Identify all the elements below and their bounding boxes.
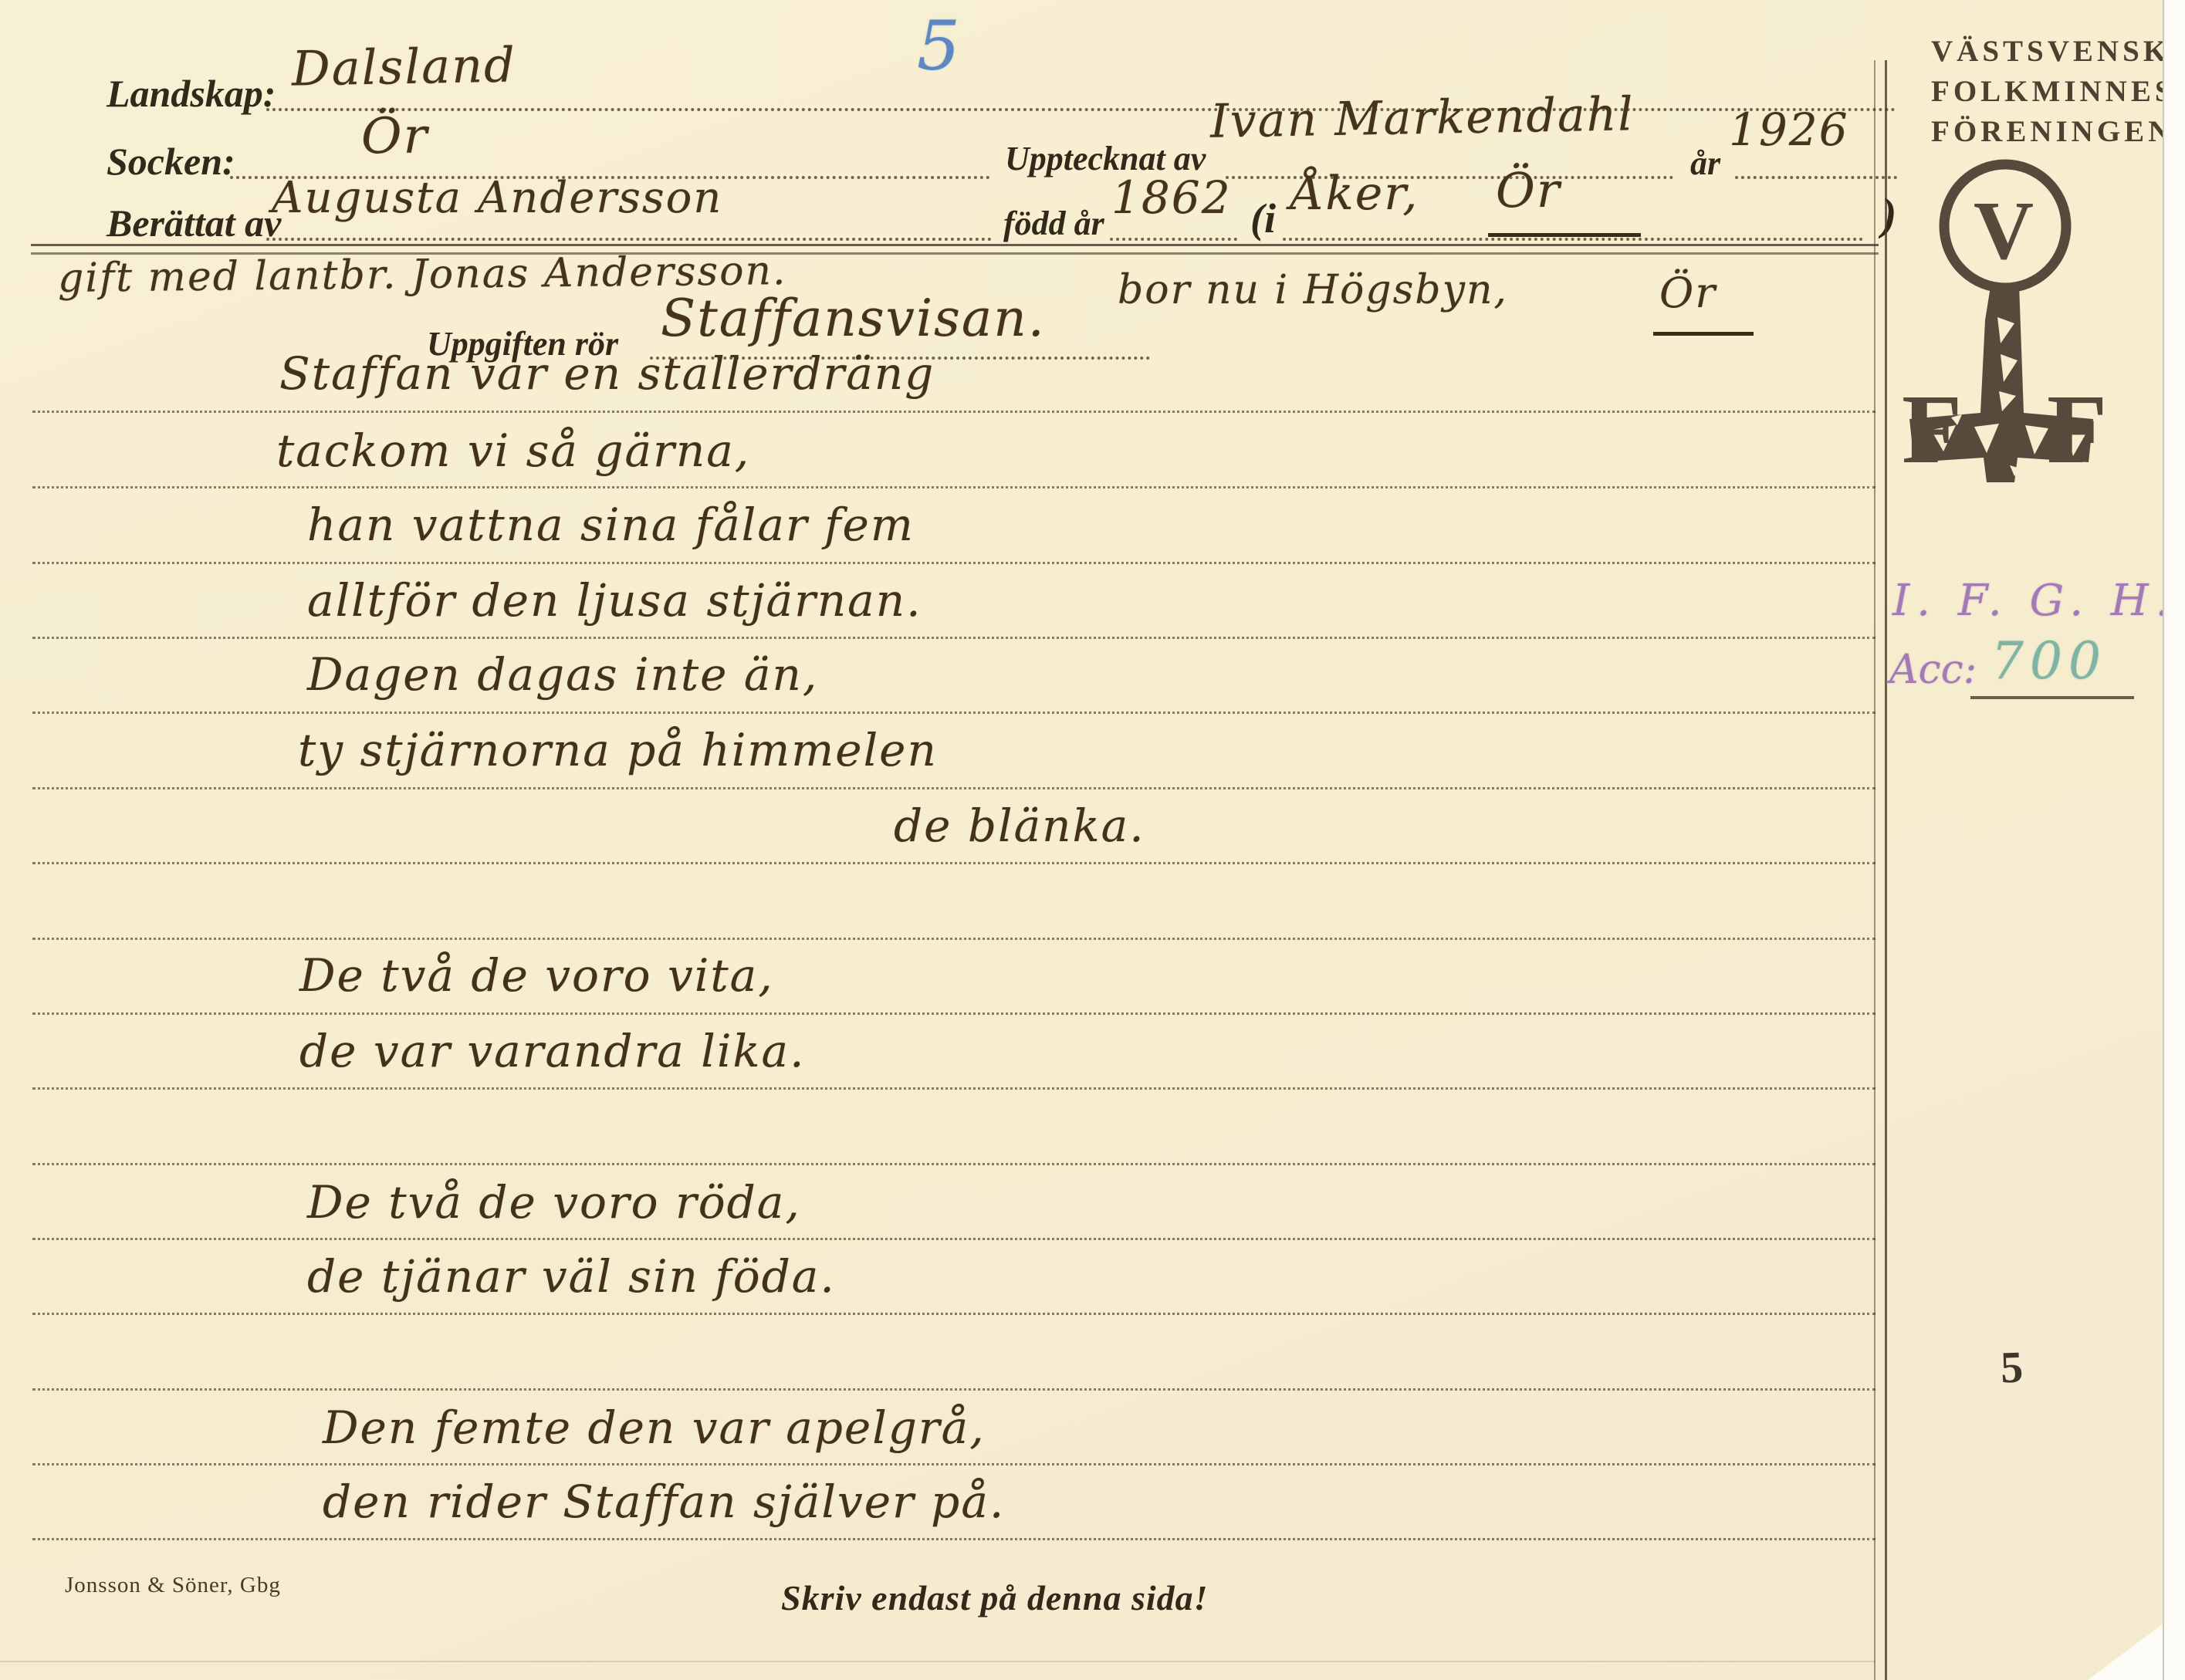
landskap-label: Landskap: — [107, 71, 276, 116]
verse-line: Dagen dagas inte än, — [307, 648, 818, 701]
residence-parish-underline — [1653, 332, 1754, 336]
ruled-line — [32, 1538, 1876, 1540]
dotted-line-ar — [1735, 176, 1897, 179]
landskap-value: Dalsland — [291, 36, 516, 96]
verse-line: De två de voro vita, — [299, 949, 774, 1002]
verse-line: ty stjärnorna på himmelen — [298, 724, 938, 776]
verse-line: tackom vi så gärna, — [276, 424, 750, 477]
verse-line: de blänka. — [894, 799, 1145, 852]
verse-line: Staffan var en stallerdräng — [279, 347, 935, 400]
birthplace-close-paren: ) — [1882, 188, 1896, 240]
socken-label: Socken: — [107, 139, 235, 184]
archival-record-card: 5 Landskap: Socken: Berättat av Uppteckn… — [0, 0, 2185, 1680]
organization-name-line1: VÄSTSVENSKA — [1931, 34, 2185, 69]
ruled-line — [32, 1313, 1876, 1315]
ruled-line — [32, 787, 1876, 789]
residence-note-parish: Ör — [1659, 269, 1717, 317]
fodd-ar-label: född år — [1003, 204, 1104, 243]
socken-value: Ör — [361, 108, 428, 165]
dotted-line-berattat — [266, 238, 992, 241]
double-rule-top — [31, 244, 1879, 246]
blue-pencil-number: 5 — [917, 6, 960, 86]
ruled-line — [32, 637, 1876, 639]
ruled-line — [32, 1163, 1876, 1165]
accession-label: Acc: — [1889, 647, 1977, 693]
organization-name-line3: FÖRENINGEN — [1931, 114, 2173, 149]
ruled-line — [32, 1463, 1876, 1465]
verse-line: Den femte den var apelgrå, — [323, 1401, 986, 1454]
birthplace-parish-value: Ör — [1496, 162, 1561, 218]
upptecknat-av-value: Ivan Markendahl — [1209, 87, 1635, 149]
margin-divider-inner — [1874, 60, 1876, 1680]
paper-right-edge — [2163, 0, 2185, 1680]
organization-name-line2: FOLKMINNES- — [1931, 74, 2185, 109]
uppgiften-ror-value: Staffansvisan. — [661, 289, 1046, 348]
ruled-line — [32, 1388, 1876, 1391]
dotted-line-landskap — [266, 108, 1896, 111]
margin-divider-outer — [1885, 60, 1887, 1680]
verse-line: den rider Staffan själver på. — [323, 1475, 1005, 1528]
birthplace-value: Åker, — [1290, 167, 1419, 221]
paper-bottom-edge — [0, 1661, 1876, 1662]
birthplace-open-paren: (i — [1250, 194, 1276, 242]
verse-line: de tjänar väl sin föda. — [307, 1250, 836, 1303]
logo-letter-v: V — [1974, 185, 2034, 277]
ruled-line — [32, 938, 1876, 940]
berattat-av-label: Berättat av — [107, 201, 281, 245]
footer-instruction: Skriv endast på denna sida! — [781, 1577, 1209, 1618]
accession-underline — [1970, 696, 2134, 699]
dotted-line-birthplace — [1283, 238, 1863, 241]
verse-line: De två de voro röda, — [307, 1176, 801, 1229]
ruled-line — [32, 1087, 1876, 1090]
verse-line: alltför den ljusa stjärnan. — [307, 574, 922, 627]
archive-mark-ifgh: I. F. G. H. — [1892, 576, 2176, 626]
dotted-line-fodd — [1110, 238, 1237, 241]
ruled-line — [32, 1012, 1876, 1015]
ruled-line — [32, 411, 1876, 413]
page-number-stamp: 5 — [2000, 1341, 2024, 1394]
accession-number: 700 — [1991, 631, 2107, 691]
vff-thors-hammer-logo: V F F — [1900, 158, 2102, 492]
ruled-line — [32, 712, 1876, 714]
verse-line: han vattna sina fålar fem — [307, 499, 915, 551]
logo-letter-f-right: F — [2047, 374, 2102, 484]
ar-label: år — [1690, 144, 1720, 183]
ar-value: 1926 — [1729, 103, 1849, 156]
verse-line: de var varandra lika. — [299, 1025, 806, 1077]
ruled-line — [32, 562, 1876, 564]
ruled-line — [32, 1238, 1876, 1240]
logo-letter-f-left: F — [1902, 374, 1962, 484]
printer-credit: Jonsson & Söner, Gbg — [65, 1573, 281, 1598]
fodd-ar-value: 1862 — [1111, 171, 1232, 224]
ruled-line — [32, 486, 1876, 488]
berattat-av-value: Augusta Andersson — [272, 173, 722, 223]
ruled-line — [32, 862, 1876, 864]
residence-note: bor nu i Högsbyn, — [1118, 267, 1508, 313]
birthplace-parish-underline — [1488, 233, 1641, 237]
